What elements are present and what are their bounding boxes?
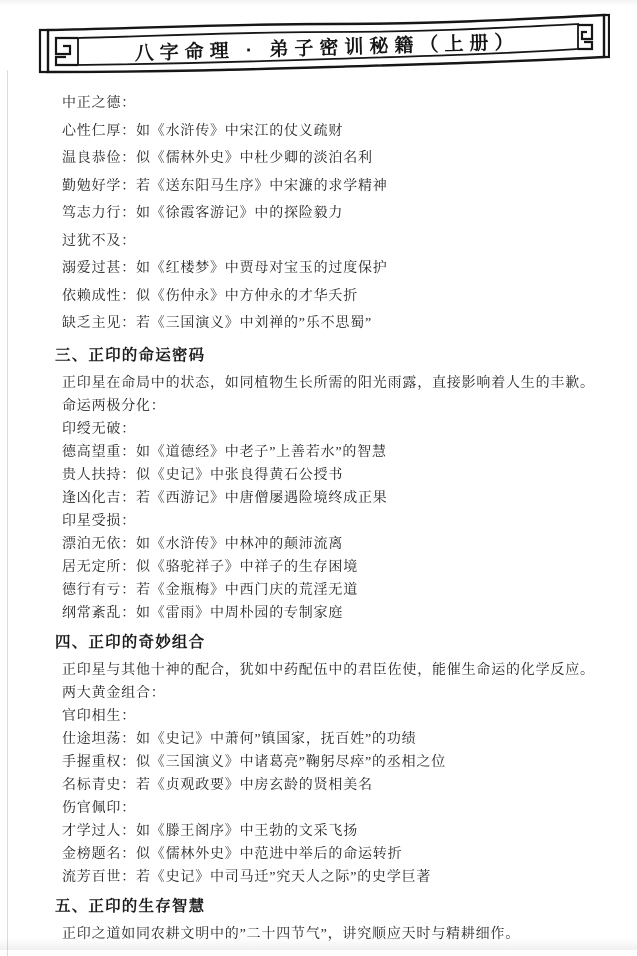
text-line: 才学过人：如《滕王阁序》中王勃的文采飞扬 xyxy=(62,820,630,843)
text-line: 印绶无破： xyxy=(62,418,630,441)
text-line: 过犹不及： xyxy=(62,228,630,256)
text-line: 命运两极分化： xyxy=(62,395,630,418)
text-line: 中正之德： xyxy=(62,90,630,118)
text-line: 德高望重：如《道德经》中老子”上善若水”的智慧 xyxy=(62,441,630,464)
text-line: 流芳百世：若《史记》中司马迁”究天人之际”的史学巨著 xyxy=(62,866,630,889)
text-line: 两大黄金组合： xyxy=(62,682,630,705)
text-line: 伤官佩印： xyxy=(62,797,630,820)
page-body-text: 中正之德： 心性仁厚：如《水浒传》中宋江的仗义疏财 温良恭俭：似《儒林外史》中杜… xyxy=(55,90,630,946)
scan-edge-left xyxy=(7,70,8,956)
text-line: 居无定所：似《骆驼祥子》中祥子的生存困境 xyxy=(62,556,630,579)
section-heading-3: 三、正印的命运密码 xyxy=(55,344,630,368)
text-line: 名标青史：若《贞观政要》中房玄龄的贤相美名 xyxy=(62,774,630,797)
section-heading-4: 四、正印的奇妙组合 xyxy=(55,631,630,655)
text-line: 正印之道如同农耕文明中的”二十四节气”，讲究顺应天时与精耕细作。 xyxy=(62,923,630,946)
text-line: 勤勉好学：若《送东阳马生序》中宋濂的求学精神 xyxy=(62,173,630,201)
scan-edge-top xyxy=(0,0,637,6)
text-line: 逢凶化吉：若《西游记》中唐僧屡遇险境终成正果 xyxy=(62,487,630,510)
section-heading-5: 五、正印的生存智慧 xyxy=(55,895,630,919)
text-line: 印星受损： xyxy=(62,510,630,533)
text-line: 官印相生： xyxy=(62,705,630,728)
text-line: 漂泊无依：如《水浒传》中林冲的颠沛流离 xyxy=(62,533,630,556)
text-line: 笃志力行：如《徐霞客游记》中的探险毅力 xyxy=(62,200,630,228)
text-line: 仕途坦荡：如《史记》中萧何”镇国家，抚百姓”的功绩 xyxy=(62,728,630,751)
text-line: 依赖成性：似《伤仲永》中方仲永的才华夭折 xyxy=(62,283,630,311)
text-line: 手握重权：似《三国演义》中诸葛亮”鞠躬尽瘁”的丞相之位 xyxy=(62,751,630,774)
title-banner: 八字命理 · 弟子密训秘籍（上册） xyxy=(30,11,610,83)
text-line: 心性仁厚：如《水浒传》中宋江的仗义疏财 xyxy=(62,118,630,146)
document-page: 八字命理 · 弟子密训秘籍（上册） 中正之德： 心性仁厚：如《水浒传》中宋江的仗… xyxy=(0,0,637,956)
text-line: 溺爱过甚：如《红楼梦》中贾母对宝玉的过度保护 xyxy=(62,255,630,283)
text-line: 正印星在命局中的状态，如同植物生长所需的阳光雨露，直接影响着人生的丰歉。 xyxy=(62,372,630,395)
text-line: 温良恭俭：似《儒林外史》中杜少卿的淡泊名利 xyxy=(62,145,630,173)
text-line: 纲常紊乱：如《雷雨》中周朴园的专制家庭 xyxy=(62,602,630,625)
text-line: 金榜题名：似《儒林外史》中范进中举后的命运转折 xyxy=(62,843,630,866)
text-line: 缺乏主见：若《三国演义》中刘禅的”乐不思蜀” xyxy=(62,310,630,338)
text-line: 正印星与其他十神的配合，犹如中药配伍中的君臣佐使，能催生命运的化学反应。 xyxy=(62,659,630,682)
text-line: 德行有亏：若《金瓶梅》中西门庆的荒淫无道 xyxy=(62,579,630,602)
text-line: 贵人扶持：似《史记》中张良得黄石公授书 xyxy=(62,464,630,487)
